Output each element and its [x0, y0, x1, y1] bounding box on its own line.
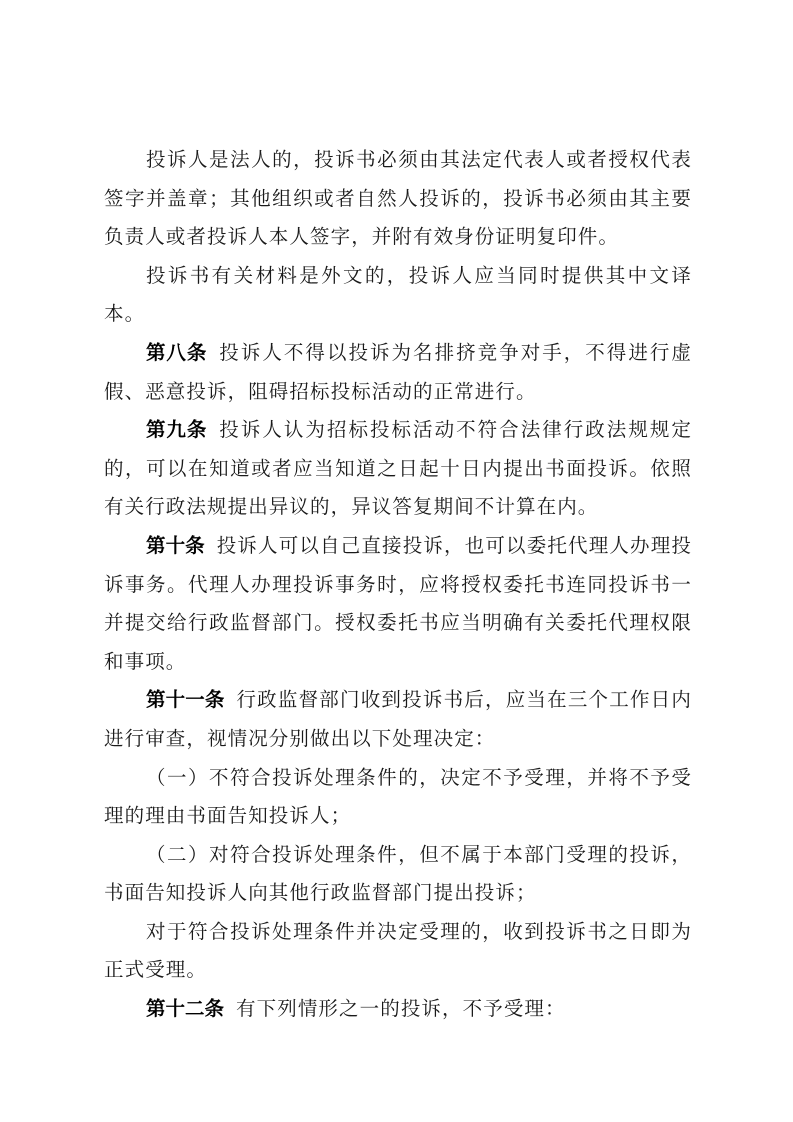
paragraph-signature-requirements: 投诉人是法人的，投诉书必须由其法定代表人或者授权代表签字并盖章；其他组织或者自然… — [104, 141, 692, 257]
list-item-text: （一）不符合投诉处理条件的，决定不予受理，并将不予受理的理由书面告知投诉人； — [104, 766, 692, 828]
article-heading: 第十条 — [146, 534, 205, 557]
article-11-acceptance-note: 对于符合投诉处理条件并决定受理的，收到投诉书之日即为正式受理。 — [104, 913, 692, 990]
list-item-text: （二）对符合投诉处理条件，但不属于本部门受理的投诉，书面告知投诉人向其他行政监督… — [104, 843, 692, 905]
article-11-item-1: （一）不符合投诉处理条件的，决定不予受理，并将不予受理的理由书面告知投诉人； — [104, 759, 692, 836]
document-page: 投诉人是法人的，投诉书必须由其法定代表人或者授权代表签字并盖章；其他组织或者自然… — [104, 141, 692, 1029]
article-11: 第十一条行政监督部门收到投诉书后，应当在三个工作日内进行审查，视情况分别做出以下… — [104, 681, 692, 758]
article-9: 第九条投诉人认为招标投标活动不符合法律行政法规规定的，可以在知道或者应当知道之日… — [104, 411, 692, 527]
article-heading: 第十一条 — [146, 688, 224, 711]
article-8: 第八条投诉人不得以投诉为名排挤竞争对手，不得进行虚假、恶意投诉，阻碍招标投标活动… — [104, 334, 692, 411]
paragraph-text: 投诉人是法人的，投诉书必须由其法定代表人或者授权代表签字并盖章；其他组织或者自然… — [104, 148, 692, 248]
article-10: 第十条投诉人可以自己直接投诉，也可以委托代理人办理投诉事务。代理人办理投诉事务时… — [104, 527, 692, 681]
article-11-item-2: （二）对符合投诉处理条件，但不属于本部门受理的投诉，书面告知投诉人向其他行政监督… — [104, 836, 692, 913]
article-12: 第十二条有下列情形之一的投诉，不予受理： — [104, 990, 692, 1029]
article-heading: 第九条 — [146, 418, 207, 441]
article-heading: 第八条 — [146, 341, 207, 364]
article-heading: 第十二条 — [146, 997, 224, 1020]
paragraph-text: 对于符合投诉处理条件并决定受理的，收到投诉书之日即为正式受理。 — [104, 920, 692, 982]
article-text: 有下列情形之一的投诉，不予受理： — [236, 997, 566, 1020]
paragraph-text: 投诉书有关材料是外文的，投诉人应当同时提供其中文译本。 — [104, 264, 692, 326]
paragraph-foreign-language-materials: 投诉书有关材料是外文的，投诉人应当同时提供其中文译本。 — [104, 257, 692, 334]
